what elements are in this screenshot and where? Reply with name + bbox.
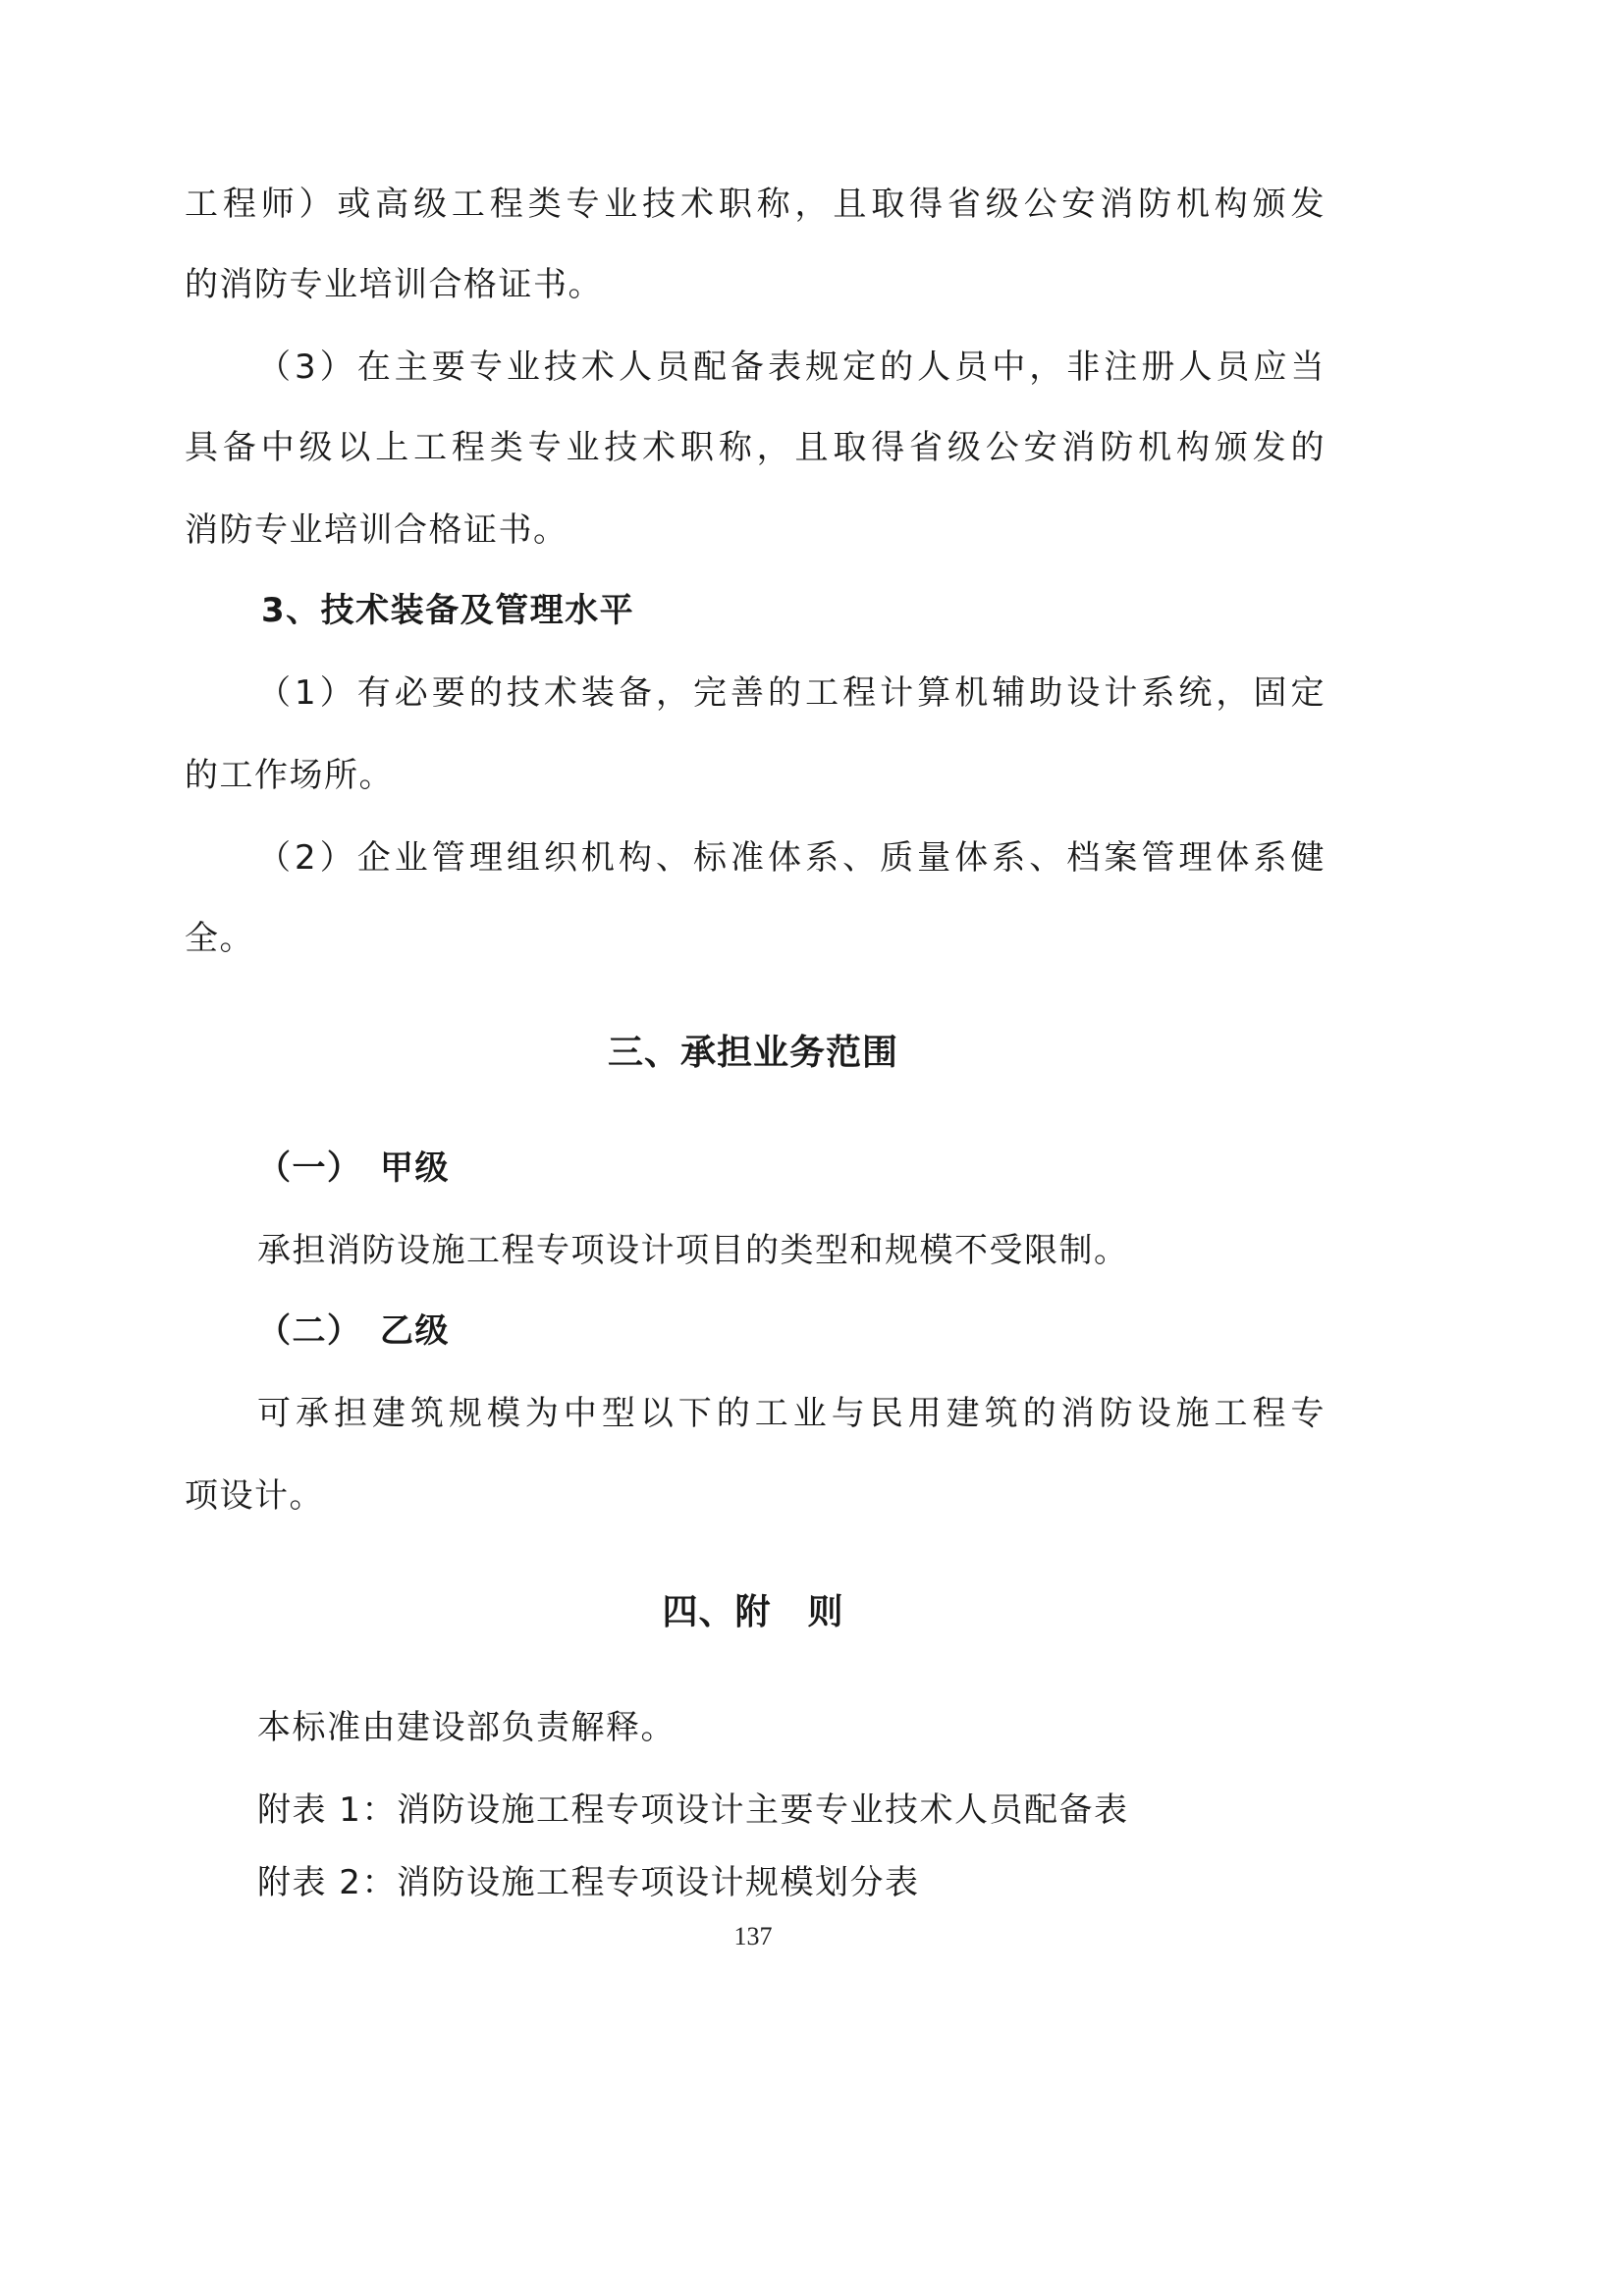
item-3-line-3: 消防专业培训合格证书。 [185,508,1326,552]
section-heading-scope: 三、承担业务范围 [0,1031,1565,1076]
tech-item-1-line-1: （1）有必要的技术装备，完善的工程计算机辅助设计系统，固定 [257,671,1326,715]
page-number: 137 [0,1922,1506,1951]
document-page: 工程师）或高级工程类专业技术职称，且取得省级公安消防机构颁发 的消防专业培训合格… [0,0,1624,2296]
tech-item-1-line-2: 的工作场所。 [185,754,1326,797]
item-3-line-2: 具备中级以上工程类专业技术职称，且取得省级公安消防机构颁发的 [185,426,1326,469]
item-3-line-1: （3）在主要专业技术人员配备表规定的人员中，非注册人员应当 [257,346,1326,389]
section-heading-supplementary: 四、附 则 [0,1590,1565,1635]
tech-item-2-line-1: （2）企业管理组织机构、标准体系、质量体系、档案管理体系健 [257,836,1326,880]
grade-b-label: （二） 乙级 [257,1309,1326,1353]
paragraph-continuation-line-1: 工程师）或高级工程类专业技术职称，且取得省级公安消防机构颁发 [185,183,1326,226]
subsection-title-tech-equipment: 3、技术装备及管理水平 [261,589,1329,632]
tech-item-2-line-2: 全。 [185,917,1326,960]
interpretation-statement: 本标准由建设部负责解释。 [257,1706,1326,1749]
grade-b-line-2: 项设计。 [185,1474,1326,1518]
grade-a-text: 承担消防设施工程专项设计项目的类型和规模不受限制。 [257,1229,1326,1272]
appendix-2-reference: 附表 2：消防设施工程专项设计规模划分表 [257,1861,1326,1904]
grade-a-label: （一） 甲级 [257,1147,1326,1190]
grade-b-line-1: 可承担建筑规模为中型以下的工业与民用建筑的消防设施工程专 [257,1392,1326,1435]
paragraph-continuation-line-2: 的消防专业培训合格证书。 [185,263,1326,306]
appendix-1-reference: 附表 1：消防设施工程专项设计主要专业技术人员配备表 [257,1789,1326,1832]
